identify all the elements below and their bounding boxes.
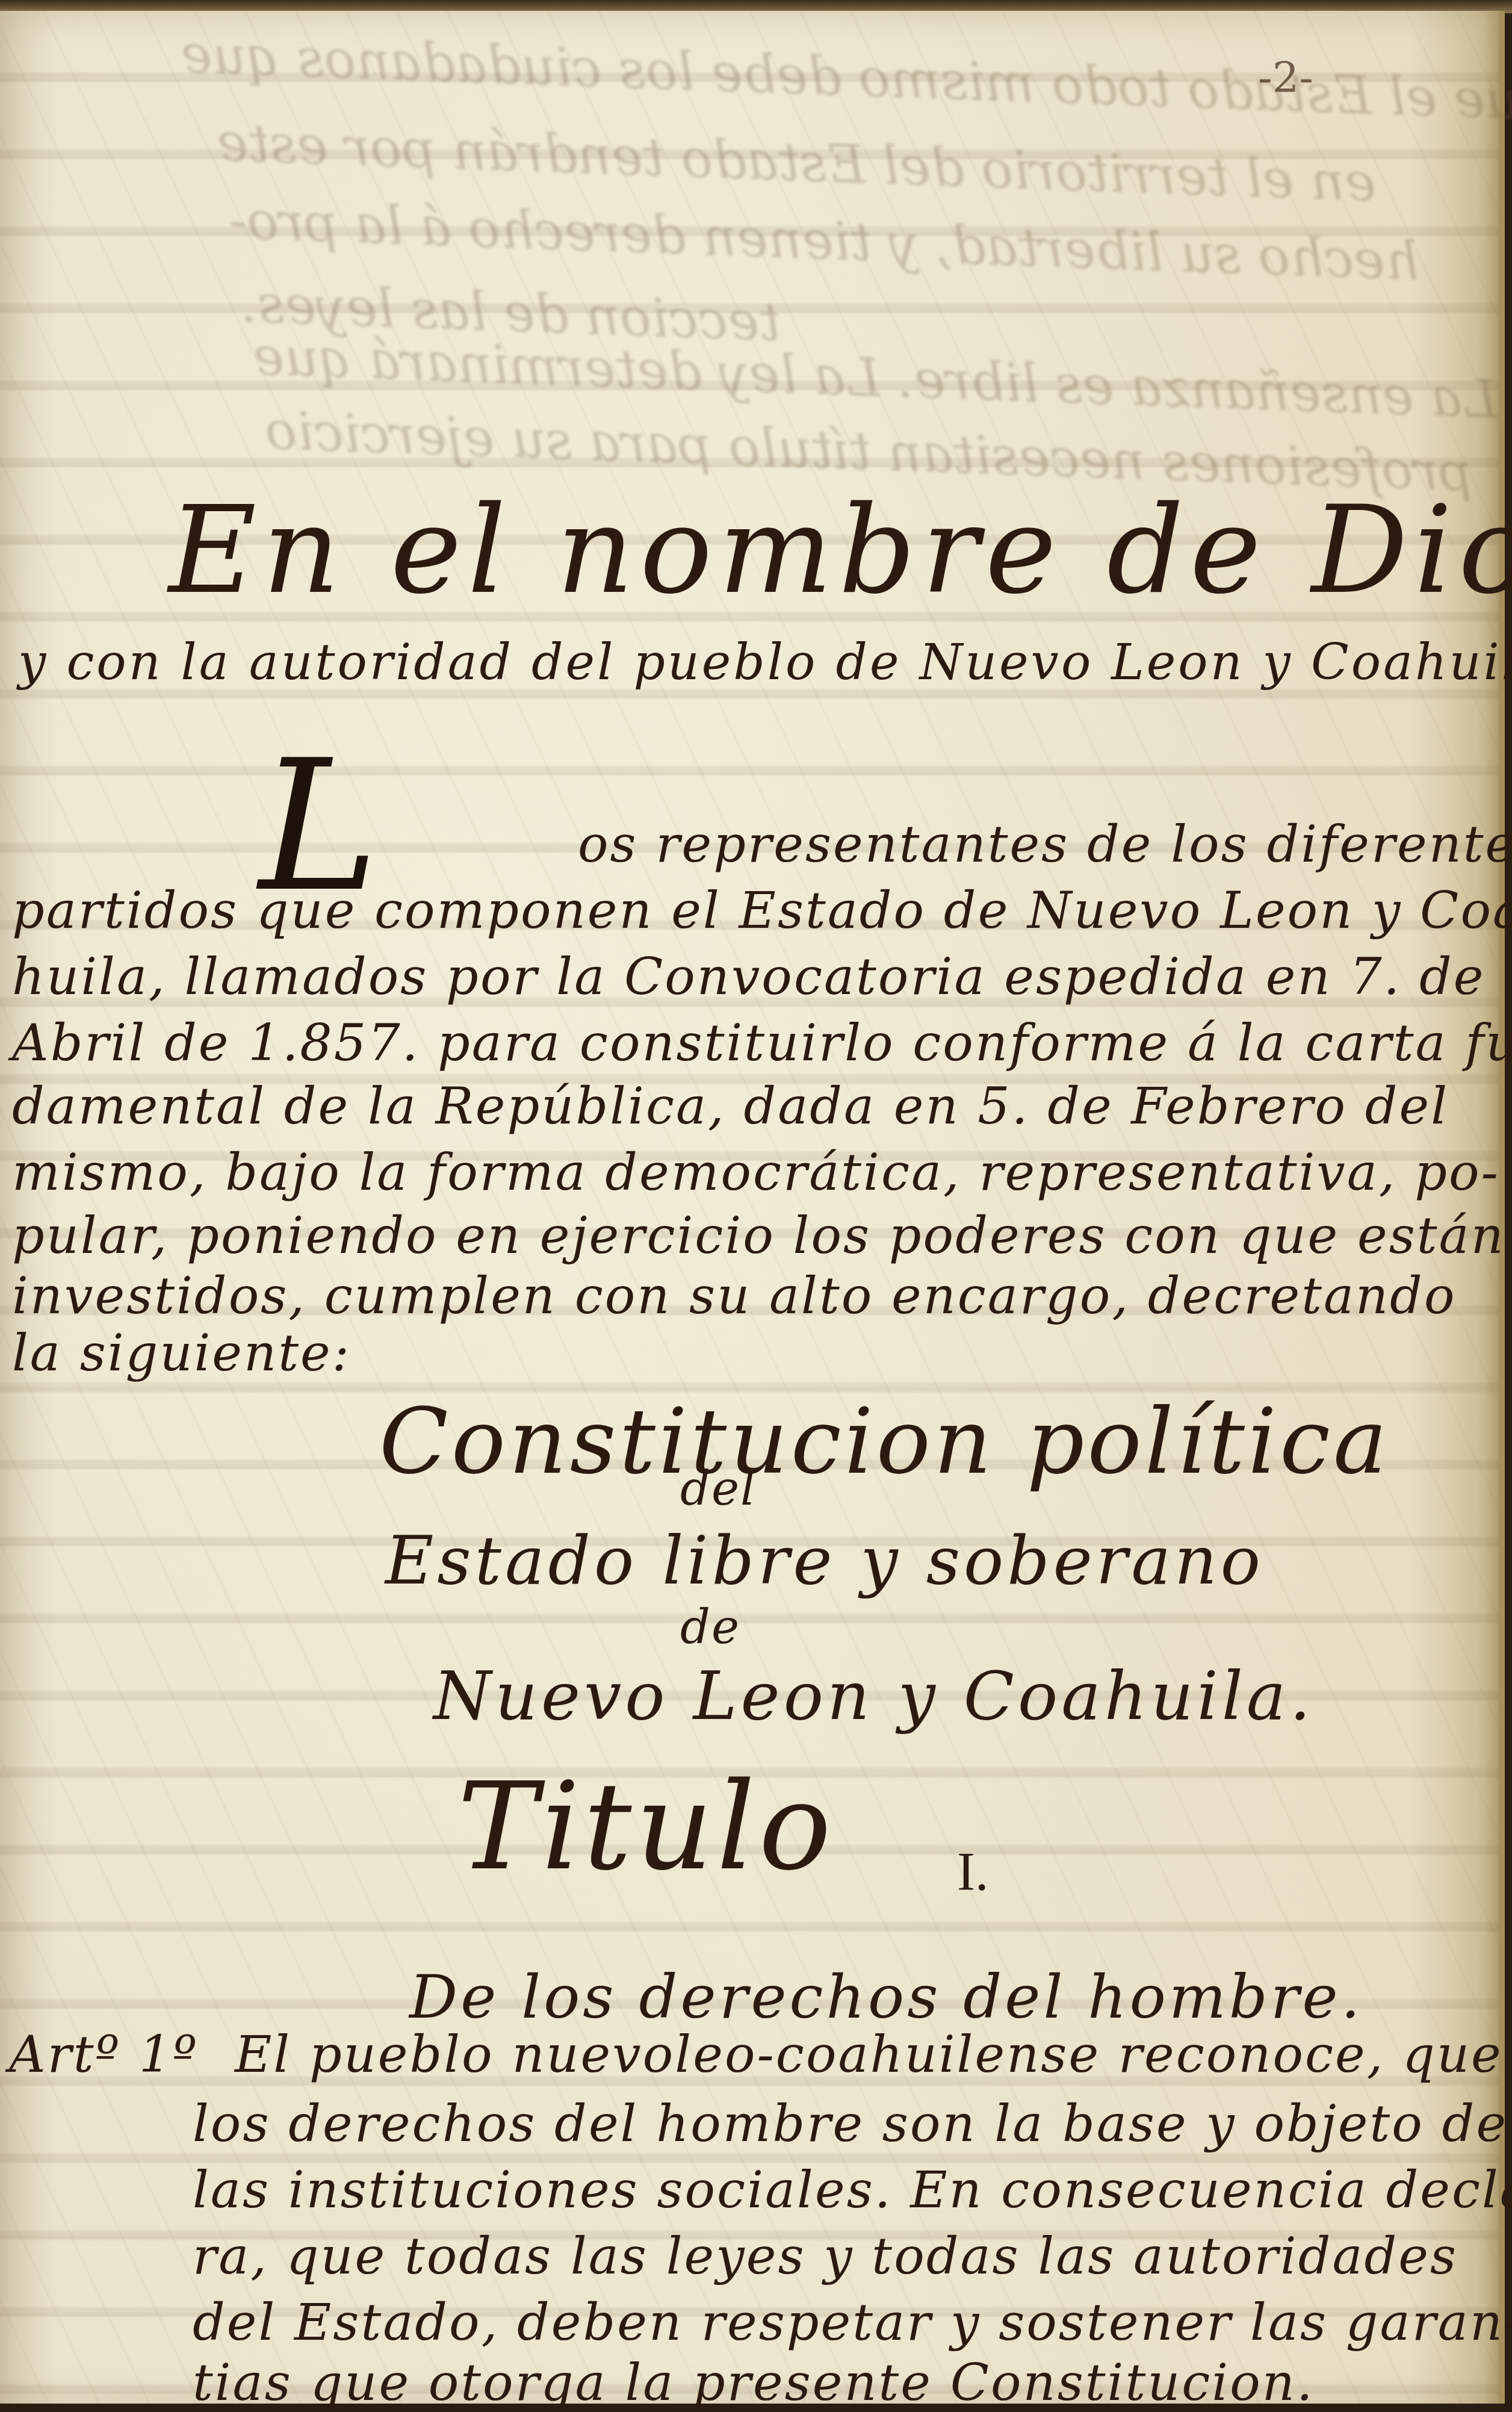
article-line: las instituciones sociales. En consecuen… [193,2160,1512,2219]
invocation-heading: En el nombre de Dios. [169,480,1512,621]
preamble-line: pular, poniendo en ejercicio los poderes… [12,1206,1505,1265]
preamble-line: Abril de 1.857. para constituirlo confor… [12,1013,1512,1072]
preamble-line: partidos que componen el Estado de Nuevo… [12,881,1512,940]
titulo-subheading: De los derechos del hombre. [409,1962,1363,2032]
article-label: Artº 1º [9,2025,199,2084]
state-name: Nuevo Leon y Coahuila. [433,1658,1314,1735]
article-line: tias que otorga la presente Constitucion… [193,2353,1315,2404]
manuscript-page: Que el Estado todo mismo debe los ciudad… [0,11,1505,2404]
article-line: los derechos del hombre son la base y ob… [193,2094,1508,2153]
preamble-line: la siguiente: [12,1323,351,1382]
article-line: del Estado, deben respetar y sostener la… [193,2293,1512,2352]
article-line: El pueblo nuevoleo-coahuilense reconoce,… [235,2025,1503,2084]
page-number-mark: -2- [1258,53,1313,102]
preamble-first-line: os representantes de los diferentes [578,815,1512,874]
constitution-title-connector: de [680,1600,740,1655]
article-line: ra, que todas las leyes y todas las auto… [193,2227,1458,2286]
preamble-line: investidos, cumplen con su alto encargo,… [12,1266,1456,1325]
titulo-number: I. [957,1841,988,1903]
constitution-title: Constitucion política [379,1390,1390,1494]
constitution-title-connector: del [680,1462,757,1516]
titulo-heading: Titulo [457,1757,835,1897]
preamble-line: huila, llamados por la Convocatoria espe… [12,947,1486,1006]
authority-line: y con la autoridad del pueblo de Nuevo L… [18,634,1512,691]
constitution-subtitle: Estado libre y soberano [385,1522,1264,1599]
preamble-line: damental de la República, dada en 5. de … [12,1077,1449,1136]
preamble-line: mismo, bajo la forma democrática, repres… [12,1143,1500,1202]
